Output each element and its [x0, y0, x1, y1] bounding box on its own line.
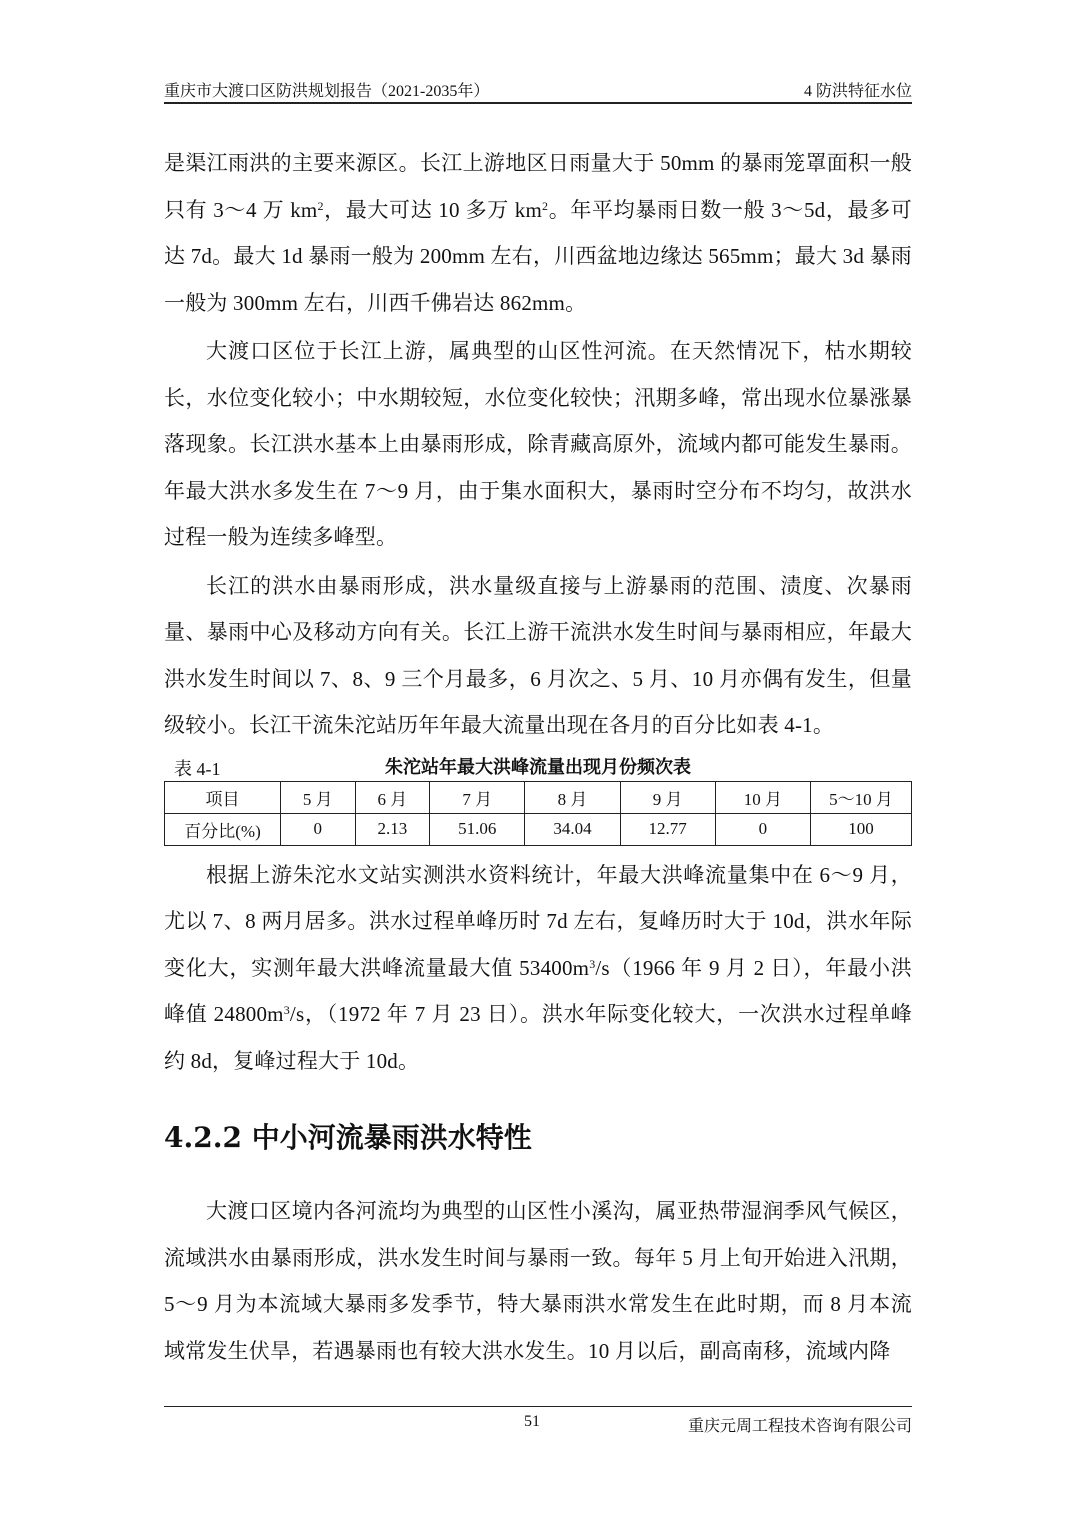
- table-title: 朱沱站年最大洪峰流量出现月份频次表: [164, 753, 912, 779]
- page-header: 重庆市大渡口区防洪规划报告（2021-2035年） 4 防洪特征水位: [164, 76, 912, 104]
- paragraph-5: 大渡口区境内各河流均为典型的山区性小溪沟，属亚热带湿润季风气候区，流域洪水由暴雨…: [164, 1188, 912, 1374]
- header-cell: 9 月: [620, 781, 715, 813]
- cell: 2.13: [355, 813, 430, 845]
- page-body: 是渠江雨洪的主要来源区。长江上游地区日雨量大于 50mm 的暴雨笼罩面积一般只有…: [164, 140, 912, 1374]
- header-cell: 5 月: [281, 781, 356, 813]
- cell: 0: [281, 813, 356, 845]
- paragraph-1: 是渠江雨洪的主要来源区。长江上游地区日雨量大于 50mm 的暴雨笼罩面积一般只有…: [164, 140, 912, 326]
- cell: 51.06: [430, 813, 525, 845]
- row-label: 百分比(%): [165, 813, 281, 845]
- paragraph-4: 根据上游朱沱水文站实测洪水资料统计，年最大洪峰流量集中在 6～9 月，尤以 7、…: [164, 852, 912, 1085]
- page-footer: 51 重庆元周工程技术咨询有限公司: [164, 1406, 912, 1437]
- header-cell: 5～10 月: [811, 781, 912, 813]
- table-caption: 表 4-1 朱沱站年最大洪峰流量出现月份频次表: [164, 751, 912, 781]
- cell: 100: [811, 813, 912, 845]
- header-cell: 7 月: [430, 781, 525, 813]
- company-name: 重庆元周工程技术咨询有限公司: [688, 1413, 912, 1436]
- paragraph-3: 长江的洪水由暴雨形成，洪水量级直接与上游暴雨的范围、渍度、次暴雨量、暴雨中心及移…: [164, 563, 912, 749]
- header-cell: 6 月: [355, 781, 430, 813]
- cell: 34.04: [525, 813, 620, 845]
- header-cell: 项目: [165, 781, 281, 813]
- header-cell: 8 月: [525, 781, 620, 813]
- page-number: 51: [524, 1413, 540, 1431]
- table-row: 百分比(%) 0 2.13 51.06 34.04 12.77 0 100: [165, 813, 912, 845]
- text-run: ，最大可达 10 多万 km: [324, 198, 542, 222]
- cell: 12.77: [620, 813, 715, 845]
- document-title: 重庆市大渡口区防洪规划报告（2021-2035年）: [164, 78, 489, 101]
- paragraph-2: 大渡口区位于长江上游，属典型的山区性河流。在天然情况下，枯水期较长，水位变化较小…: [164, 328, 912, 561]
- cell: 0: [715, 813, 810, 845]
- header-cell: 10 月: [715, 781, 810, 813]
- section-heading: 4.2.2 中小河流暴雨洪水特性: [164, 1108, 912, 1168]
- chapter-title: 4 防洪特征水位: [804, 78, 912, 101]
- table-header-row: 项目 5 月 6 月 7 月 8 月 9 月 10 月 5～10 月: [165, 781, 912, 813]
- frequency-table: 项目 5 月 6 月 7 月 8 月 9 月 10 月 5～10 月 百分比(%…: [164, 781, 912, 846]
